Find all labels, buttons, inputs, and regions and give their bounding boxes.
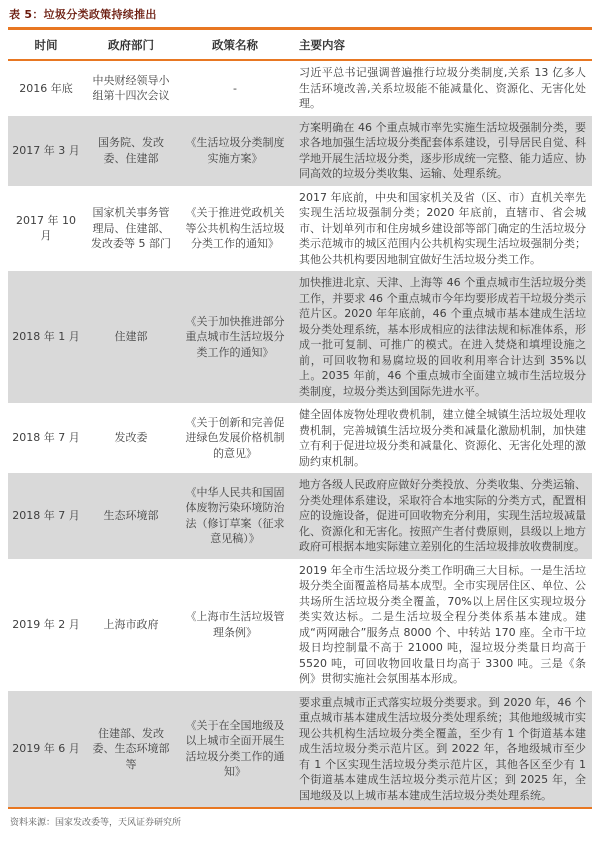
cell-policy-name: 《关于加快推进部分重点城市生活垃圾分类工作的通知》 — [178, 271, 292, 403]
table-row: 2018 年 7 月 发改委 《关于创新和完善促进绿色发展价格机制的意见》 健全… — [8, 403, 592, 473]
cell-main-content: 方案明确在 46 个重点城市率先实施生活垃圾强制分类，要求各地加强生活垃圾分类配… — [292, 116, 592, 186]
cell-time: 2017 年 10 月 — [8, 186, 84, 272]
cell-time: 2016 年底 — [8, 60, 84, 116]
table-caption: 表 5：垃圾分类政策持续推出 — [8, 4, 592, 27]
header-time: 时间 — [8, 29, 84, 61]
cell-policy-name: 《上海市生活垃圾管理条例》 — [178, 559, 292, 691]
cell-department: 住建部、发改委、生态环境部等 — [84, 691, 178, 809]
report-page: 表 5：垃圾分类政策持续推出 时间 政府部门 政策名称 主要内容 2016 年底… — [0, 0, 600, 856]
cell-time: 2018 年 1 月 — [8, 271, 84, 403]
table-row: 2017 年 3 月 国务院、发改委、住建部 《生活垃圾分类制度实施方案》 方案… — [8, 116, 592, 186]
cell-main-content: 2019 年全市生活垃圾分类工作明确三大目标。一是生活垃圾分类全面覆盖格局基本成… — [292, 559, 592, 691]
cell-time: 2019 年 2 月 — [8, 559, 84, 691]
cell-main-content: 习近平总书记强调普遍推行垃圾分类制度,关系 13 亿多人生活环境改善,关系垃圾能… — [292, 60, 592, 116]
cell-main-content: 要求重点城市正式落实垃圾分类要求。到 2020 年，46 个重点城市基本建成生活… — [292, 691, 592, 809]
cell-time: 2017 年 3 月 — [8, 116, 84, 186]
cell-policy-name: 《生活垃圾分类制度实施方案》 — [178, 116, 292, 186]
cell-main-content: 2017 年底前，中央和国家机关及省（区、市）直机关率先实现生活垃圾强制分类；2… — [292, 186, 592, 272]
cell-time: 2018 年 7 月 — [8, 403, 84, 473]
cell-policy-name: 《中华人民共和国固体废物污染环境防治法（修订草案（征求意见稿）》 — [178, 473, 292, 559]
source-note: 资料来源：国家发改委等，天风证券研究所 — [8, 809, 592, 828]
cell-department: 上海市政府 — [84, 559, 178, 691]
cell-policy-name: 《关于创新和完善促进绿色发展价格机制的意见》 — [178, 403, 292, 473]
cell-department: 住建部 — [84, 271, 178, 403]
cell-department: 发改委 — [84, 403, 178, 473]
table-row: 2019 年 6 月 住建部、发改委、生态环境部等 《关于在全国地级及以上城市全… — [8, 691, 592, 809]
table-row: 2016 年底 中央财经领导小组第十四次会议 - 习近平总书记强调普遍推行垃圾分… — [8, 60, 592, 116]
cell-main-content: 健全固体废物处理收费机制，建立健全城镇生活垃圾处理收费机制，完善城镇生活垃圾分类… — [292, 403, 592, 473]
cell-department: 中央财经领导小组第十四次会议 — [84, 60, 178, 116]
cell-policy-name: 《关于在全国地级及以上城市全面开展生活垃圾分类工作的通知》 — [178, 691, 292, 809]
cell-policy-name: - — [178, 60, 292, 116]
cell-main-content: 地方各级人民政府应做好分类投放、分类收集、分类运输、分类处理体系建设，采取符合本… — [292, 473, 592, 559]
header-policy-name: 政策名称 — [178, 29, 292, 61]
cell-department: 国家机关事务管理局、住建部、发改委等 5 部门 — [84, 186, 178, 272]
table-header-row: 时间 政府部门 政策名称 主要内容 — [8, 29, 592, 61]
cell-policy-name: 《关于推进党政机关等公共机构生活垃圾分类工作的通知》 — [178, 186, 292, 272]
table-row: 2018 年 1 月 住建部 《关于加快推进部分重点城市生活垃圾分类工作的通知》… — [8, 271, 592, 403]
table-row: 2017 年 10 月 国家机关事务管理局、住建部、发改委等 5 部门 《关于推… — [8, 186, 592, 272]
cell-department: 生态环境部 — [84, 473, 178, 559]
cell-time: 2018 年 7 月 — [8, 473, 84, 559]
header-department: 政府部门 — [84, 29, 178, 61]
cell-time: 2019 年 6 月 — [8, 691, 84, 809]
cell-department: 国务院、发改委、住建部 — [84, 116, 178, 186]
policy-table: 时间 政府部门 政策名称 主要内容 2016 年底 中央财经领导小组第十四次会议… — [8, 27, 592, 809]
table-row: 2018 年 7 月 生态环境部 《中华人民共和国固体废物污染环境防治法（修订草… — [8, 473, 592, 559]
table-row: 2019 年 2 月 上海市政府 《上海市生活垃圾管理条例》 2019 年全市生… — [8, 559, 592, 691]
cell-main-content: 加快推进北京、天津、上海等 46 个重点城市生活垃圾分类工作，并要求 46 个重… — [292, 271, 592, 403]
header-main-content: 主要内容 — [292, 29, 592, 61]
